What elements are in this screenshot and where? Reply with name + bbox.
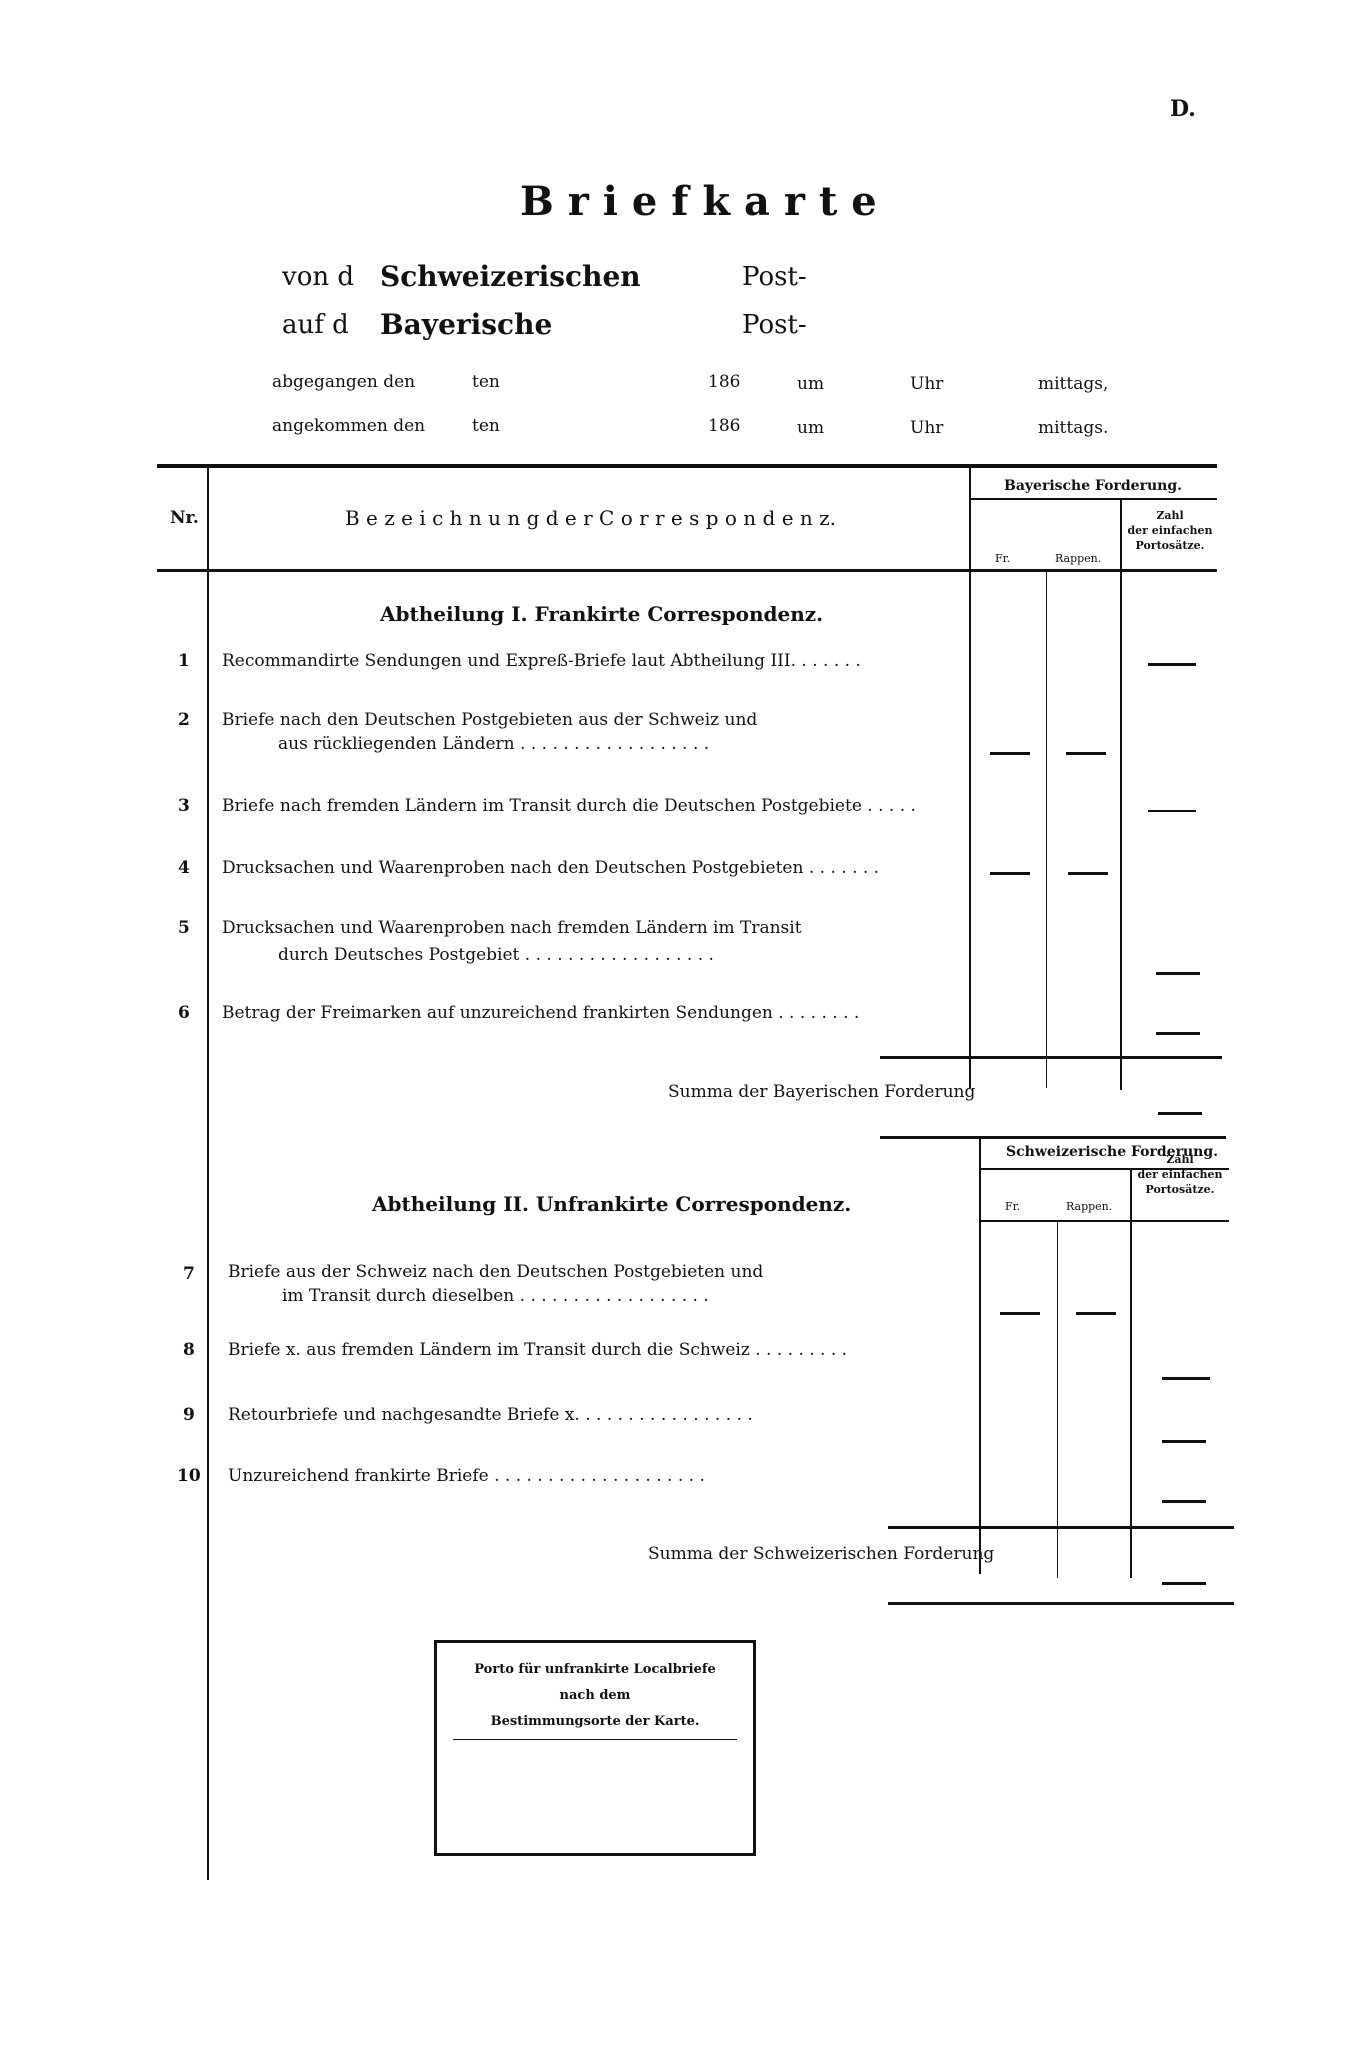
row-text: durch Deutsches Postgebiet . . . . . . .… [278,945,714,965]
departed-um: um [797,374,824,394]
dash-mark [1066,752,1106,755]
zahl-line: der einfachen [1134,1167,1226,1182]
local-box-line: Porto für unfrankirte Localbriefe [437,1657,753,1683]
bay-left-rule [969,468,971,1088]
row-nr: 7 [183,1264,195,1284]
row-nr: 9 [183,1405,195,1425]
zahl-line: Zahl [1124,508,1216,523]
row-nr: 10 [177,1466,201,1486]
row-nr: 5 [178,918,190,938]
sum1-bottom-rule [880,1136,1226,1139]
arrived-label: angekommen den [272,416,425,436]
sw-fr: Fr. [1005,1200,1020,1213]
departed-mittags: mittags, [1038,374,1108,394]
header-zahl: Zahl der einfachen Portosätze. [1124,508,1216,553]
row-text: Unzureichend frankirte Briefe . . . . . … [228,1466,705,1486]
arrived-year: 186 [708,416,740,436]
dash-mark [1000,1312,1040,1315]
local-box-line: Bestimmungsorte der Karte. [437,1709,753,1735]
header-bay-group: Bayerische Forderung. [1004,478,1182,494]
row-text: Betrag der Freimarken auf unzureichend f… [222,1003,859,1023]
dash-mark [1156,972,1200,975]
sw-left-rule [979,1138,981,1574]
from-suffix: Post- [742,262,807,292]
local-box-rule [453,1739,737,1740]
zahl-line: Portosätze. [1124,538,1216,553]
row-nr: 8 [183,1340,195,1360]
to-prefix: auf d [282,310,349,340]
row-text: aus rückliegenden Ländern . . . . . . . … [278,734,709,754]
sw-zahl: Zahl der einfachen Portosätze. [1134,1152,1226,1197]
sum1-rule [880,1056,1222,1059]
row-text: Briefe nach den Deutschen Postgebieten a… [222,710,757,730]
sw-rappen: Rappen. [1066,1200,1112,1213]
row-nr: 4 [178,858,190,878]
table-top-rule [157,464,1217,468]
header-designation: B e z e i c h n u n g d e r C o r r e s … [345,506,836,530]
row-nr: 6 [178,1003,190,1023]
page-label: D. [1170,96,1196,122]
local-box-line: nach dem [437,1683,753,1709]
sum2-bottom-rule [888,1602,1234,1605]
sw-rappen-rule [1130,1170,1132,1578]
sum2-rule [888,1526,1234,1529]
departed-label: abgegangen den [272,372,415,392]
row-nr: 2 [178,710,190,730]
row-nr: 1 [178,651,190,671]
dash-mark [1158,1112,1202,1115]
dash-mark [1162,1440,1206,1443]
arrived-mittags: mittags. [1038,418,1108,438]
dash-mark [1076,1312,1116,1315]
from-prefix: von d [282,262,354,292]
local-box-text: Porto für unfrankirte Localbriefe nach d… [437,1657,753,1735]
row-text: Briefe aus der Schweiz nach den Deutsche… [228,1262,763,1282]
departed-ten: ten [472,372,500,392]
to-suffix: Post- [742,310,807,340]
row-text: Recommandirte Sendungen und Expreß-Brief… [222,651,861,671]
sw-fr-rule [1057,1222,1058,1578]
row-text: Briefe x. aus fremden Ländern im Transit… [228,1340,847,1360]
row-text: Drucksachen und Waarenproben nach den De… [222,858,879,878]
arrived-ten: ten [472,416,500,436]
header-nr: Nr. [170,508,199,528]
dash-mark [1162,1500,1206,1503]
from-name: Schweizerischen [380,260,641,293]
bay-group-rule [969,498,1217,500]
dash-mark [1148,810,1196,812]
dash-mark [1162,1582,1206,1585]
header-fr: Fr. [995,552,1010,565]
zahl-line: der einfachen [1124,523,1216,538]
row-nr: 3 [178,796,190,816]
bay-rappen-rule [1120,500,1122,1090]
arrived-uhr: Uhr [910,418,943,438]
departed-year: 186 [708,372,740,392]
to-name: Bayerische [380,308,552,341]
zahl-line: Portosätze. [1134,1182,1226,1197]
departed-uhr: Uhr [910,374,943,394]
row-text: Retourbriefe und nachgesandte Briefe x. … [228,1405,753,1425]
header-rappen: Rappen. [1055,552,1101,565]
bay-fr-rule [1046,572,1047,1088]
sum2-label: Summa der Schweizerischen Forderung [648,1544,994,1564]
row-text: Drucksachen und Waarenproben nach fremde… [222,918,802,938]
zahl-line: Zahl [1134,1152,1226,1167]
header-bottom-rule [157,569,1217,572]
local-porto-box: Porto für unfrankirte Localbriefe nach d… [434,1640,756,1856]
nr-column-rule [207,468,209,1880]
dash-mark [1068,872,1108,875]
section2-title: Abtheilung II. Unfrankirte Correspondenz… [372,1192,851,1216]
dash-mark [990,752,1030,755]
row-text: im Transit durch dieselben . . . . . . .… [282,1286,709,1306]
sw-header-bottom-rule [979,1220,1229,1222]
arrived-um: um [797,418,824,438]
dash-mark [1148,663,1196,666]
dash-mark [1156,1032,1200,1035]
sum1-label: Summa der Bayerischen Forderung [668,1082,975,1102]
dash-mark [990,872,1030,875]
section1-title: Abtheilung I. Frankirte Correspondenz. [380,602,823,626]
page-title: B r i e f k a r t e [520,178,877,225]
dash-mark [1162,1377,1210,1380]
row-text: Briefe nach fremden Ländern im Transit d… [222,796,916,816]
